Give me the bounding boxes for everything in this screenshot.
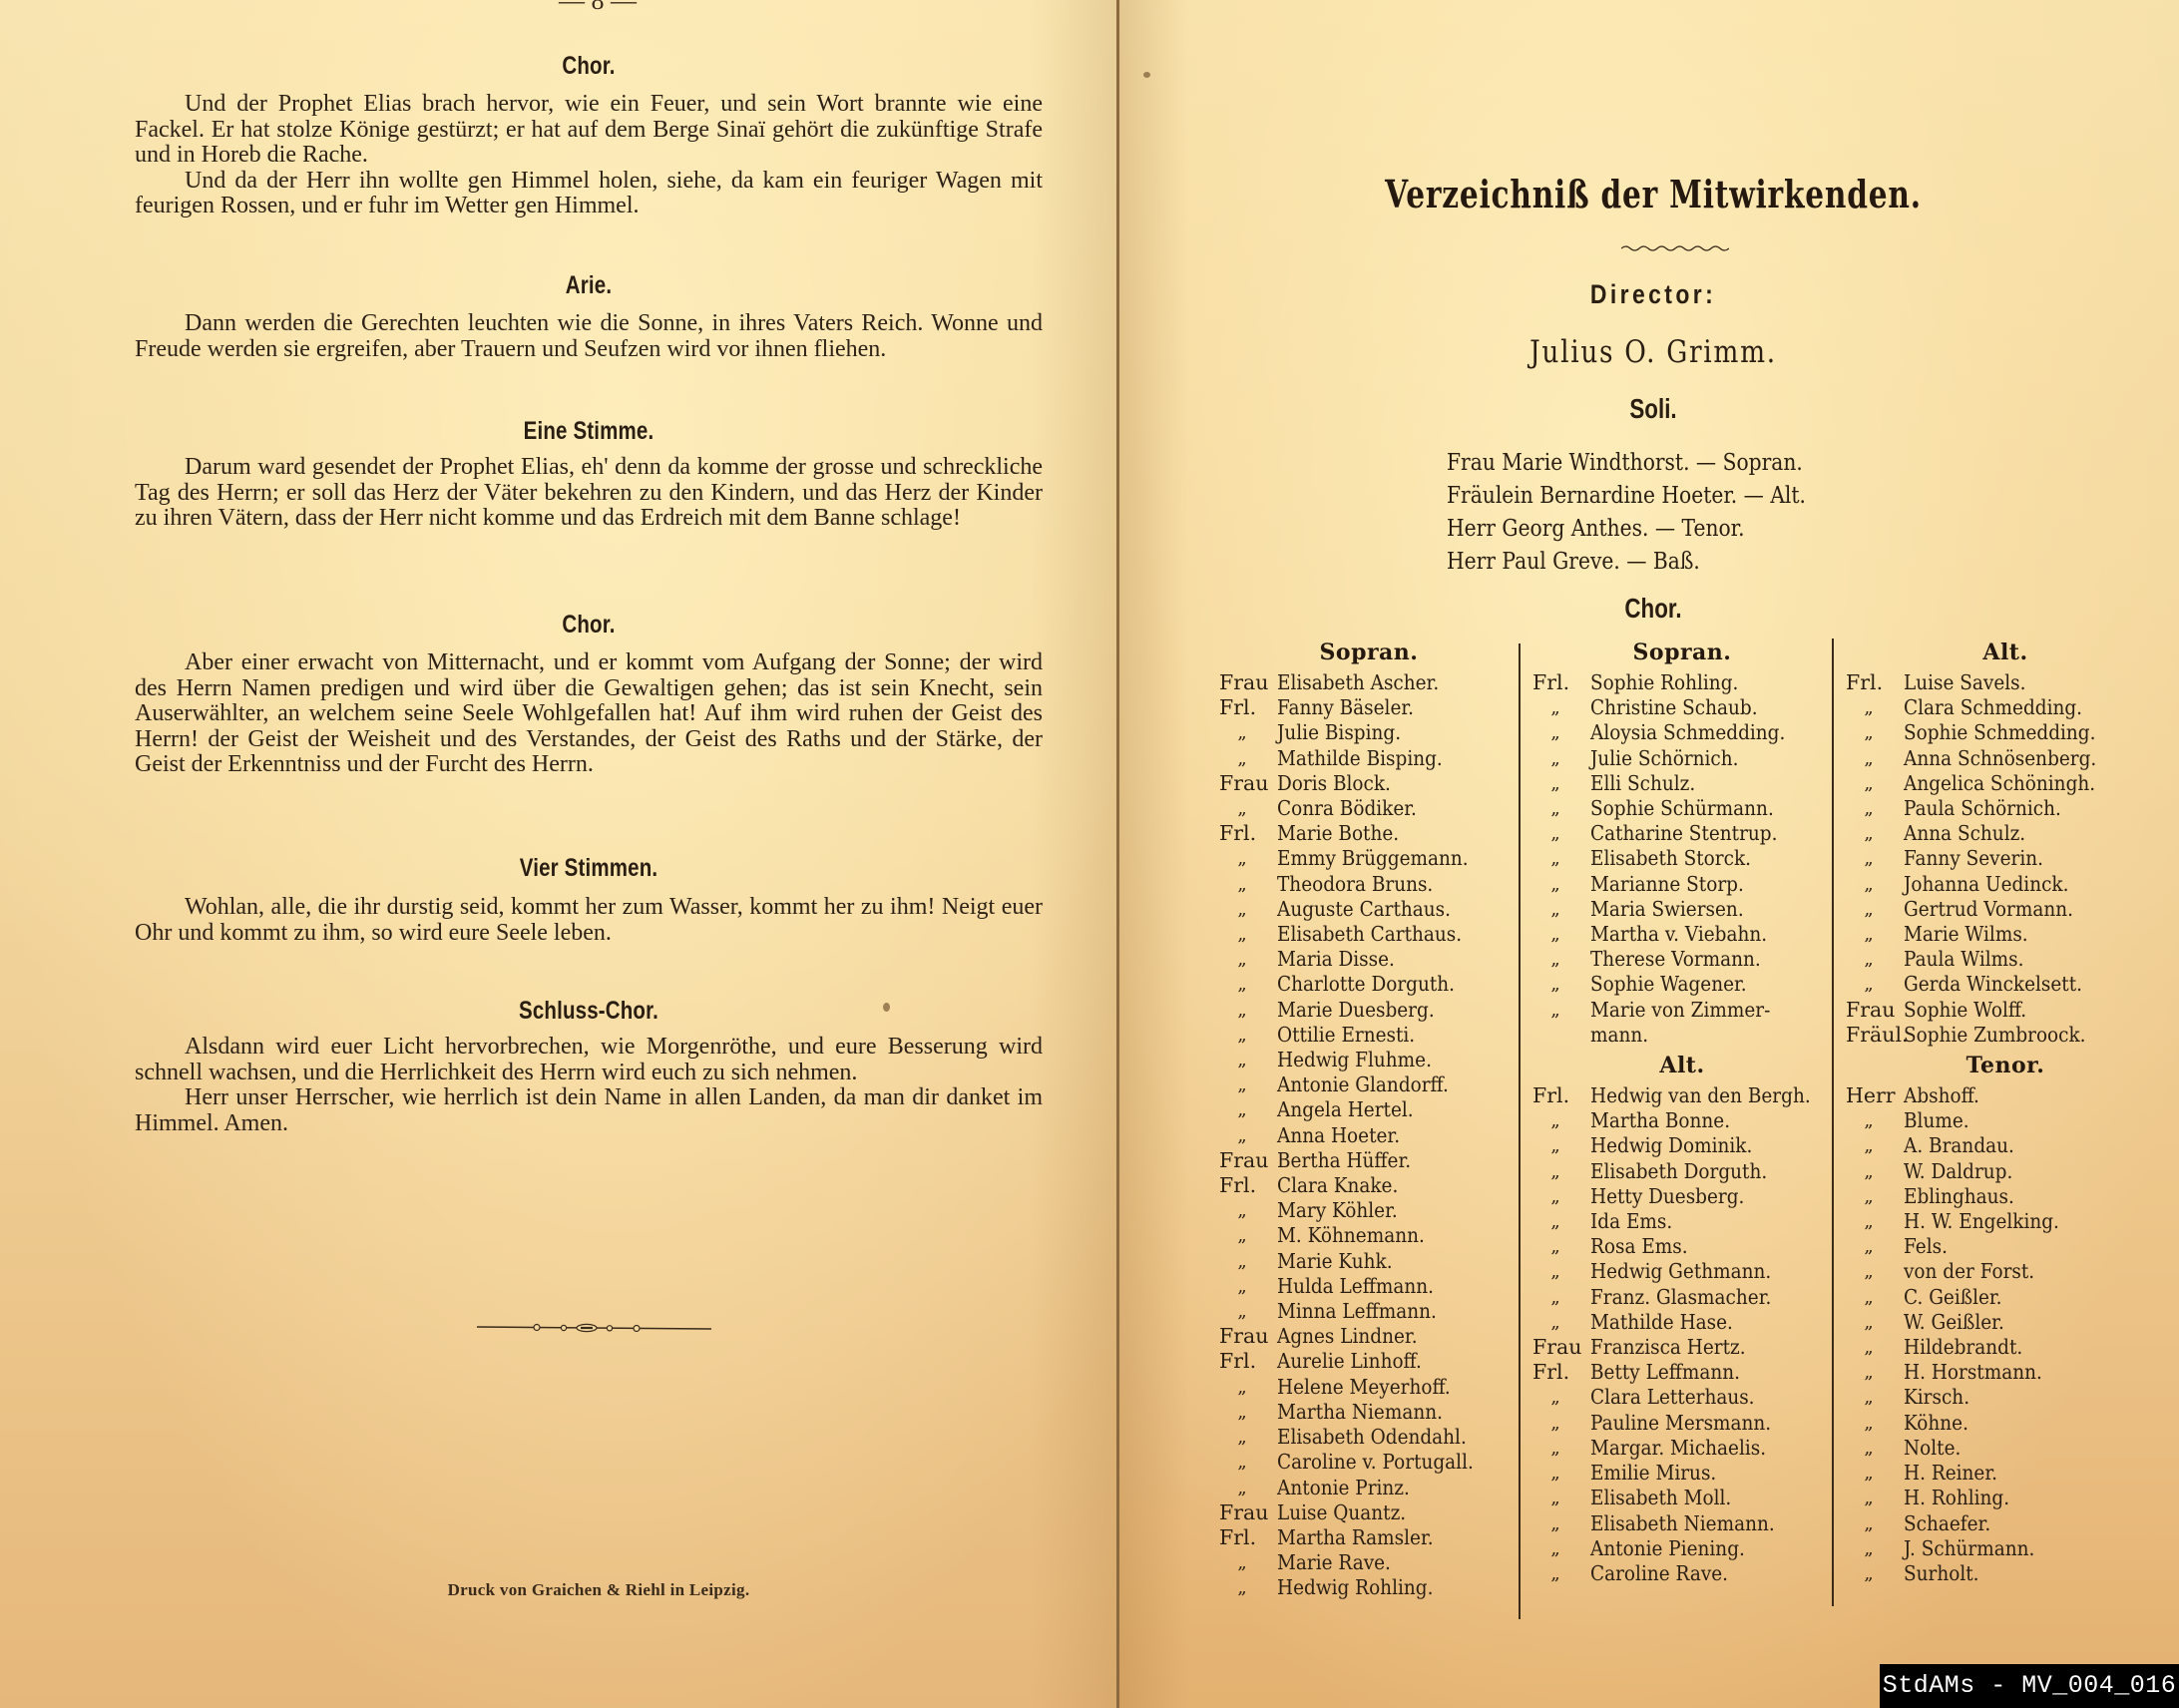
member-title: „ <box>1846 796 1904 821</box>
section-heading: Chor. <box>217 52 961 81</box>
member-row: „Elisabeth Dorguth. <box>1532 1159 1832 1184</box>
member-row: „Fanny Severin. <box>1846 846 2165 871</box>
member-name: Charlotte Dorguth. <box>1277 972 1455 997</box>
soloist: Herr Georg Anthes. — Tenor. <box>1447 513 1904 546</box>
member-name: mann. <box>1590 1023 1648 1048</box>
member-name: H. Reiner. <box>1904 1461 1997 1486</box>
member-row: „Kirsch. <box>1846 1385 2165 1410</box>
member-name: Hetty Duesberg. <box>1590 1184 1744 1209</box>
member-title: „ <box>1846 771 1904 796</box>
member-name: Emilie Mirus. <box>1590 1461 1716 1486</box>
member-row: „Hedwig Fluhme. <box>1219 1048 1519 1072</box>
wave-divider-icon <box>1621 243 1729 253</box>
paragraph: Alsdann wird euer Licht hervorbrechen, w… <box>135 1035 1043 1085</box>
member-name: Luise Quantz. <box>1277 1500 1406 1525</box>
member-row: „Sophie Schürmann. <box>1532 796 1832 821</box>
member-title: „ <box>1219 1072 1277 1097</box>
member-row: „Christine Schaub. <box>1532 695 1832 720</box>
member-row: „Martha Bonne. <box>1532 1108 1832 1133</box>
member-name: von der Forst. <box>1904 1259 2034 1284</box>
member-row: FrauSophie Wolff. <box>1846 998 2165 1023</box>
member-row: „Auguste Carthaus. <box>1219 897 1519 922</box>
member-name: Clara Letterhaus. <box>1590 1385 1755 1410</box>
member-row: „Fels. <box>1846 1234 2165 1259</box>
member-row: „Surholt. <box>1846 1561 2165 1586</box>
member-name: Johanna Uedinck. <box>1904 872 2068 897</box>
member-row: „Johanna Uedinck. <box>1846 872 2165 897</box>
member-title: „ <box>1846 1209 1904 1234</box>
member-name: Angela Hertel. <box>1277 1097 1414 1122</box>
member-name: Marie Duesberg. <box>1277 998 1435 1023</box>
member-name: Luise Savels. <box>1904 670 2026 695</box>
member-title: „ <box>1532 1159 1590 1184</box>
member-title: Frl. <box>1219 1525 1277 1550</box>
member-title: „ <box>1846 897 1904 922</box>
member-name: W. Daldrup. <box>1904 1159 2012 1184</box>
voice-group-heading: Alt. <box>1846 639 2165 666</box>
member-row: „Hildebrandt. <box>1846 1335 2165 1360</box>
member-name: Martha Bonne. <box>1590 1108 1730 1133</box>
voice-group-heading: Sopran. <box>1532 639 1832 666</box>
member-name: Paula Wilms. <box>1904 947 2024 972</box>
member-name: Marie Rave. <box>1277 1550 1391 1575</box>
member-name: Theodora Bruns. <box>1277 872 1433 897</box>
member-title: Frau <box>1532 1335 1590 1360</box>
section-text: Und der Prophet Elias brach hervor, wie … <box>135 92 1043 219</box>
member-title: „ <box>1532 771 1590 796</box>
member-row: „Emilie Mirus. <box>1532 1461 1832 1486</box>
archive-label: StdAMs - MV_004_016 <box>1880 1664 2179 1708</box>
member-row: „Elisabeth Storck. <box>1532 846 1832 871</box>
member-title: Frau <box>1219 670 1277 695</box>
member-title: „ <box>1532 1461 1590 1486</box>
member-title: „ <box>1846 1461 1904 1486</box>
member-title: Frau <box>1846 998 1904 1023</box>
member-title: „ <box>1219 872 1277 897</box>
member-name: Sophie Schürmann. <box>1590 796 1774 821</box>
member-row: „Paula Schörnich. <box>1846 796 2165 821</box>
member-row: „Caroline v. Portugall. <box>1219 1450 1519 1475</box>
member-name: Sophie Wolff. <box>1904 998 2026 1023</box>
member-row: „Marie Duesberg. <box>1219 998 1519 1023</box>
member-title: „ <box>1219 1023 1277 1048</box>
member-name: Marie von Zimmer- <box>1590 998 1770 1023</box>
member-title: „ <box>1532 1536 1590 1561</box>
member-name: Clara Knake. <box>1277 1173 1398 1198</box>
member-title: „ <box>1219 998 1277 1023</box>
paragraph: Und der Prophet Elias brach hervor, wie … <box>135 92 1043 169</box>
section-heading: Eine Stimme. <box>217 417 961 446</box>
member-row: „Marie Rave. <box>1219 1550 1519 1575</box>
member-title: „ <box>1219 1400 1277 1425</box>
member-title: „ <box>1219 1123 1277 1148</box>
member-title: Frl. <box>1219 821 1277 846</box>
member-name: Doris Block. <box>1277 771 1391 796</box>
member-name: Marie Kuhk. <box>1277 1249 1393 1274</box>
member-name: H. Horstmann. <box>1904 1360 2042 1385</box>
member-row: „Elisabeth Moll. <box>1532 1486 1832 1510</box>
member-name: Hulda Leffmann. <box>1277 1274 1434 1299</box>
member-name: Anna Schnösenberg. <box>1904 746 2096 771</box>
member-name: Fels. <box>1904 1234 1948 1259</box>
member-row: „Schaefer. <box>1846 1511 2165 1536</box>
member-row: Frl.Sophie Rohling. <box>1532 670 1832 695</box>
member-name: Hedwig Dominik. <box>1590 1133 1752 1158</box>
member-name: Caroline Rave. <box>1590 1561 1728 1586</box>
member-row: „Martha v. Viebahn. <box>1532 922 1832 947</box>
member-row: „Elli Schulz. <box>1532 771 1832 796</box>
member-row: „Ottilie Ernesti. <box>1219 1023 1519 1048</box>
paragraph: Herr unser Herrscher, wie herrlich ist d… <box>135 1085 1043 1136</box>
member-title: Frl. <box>1219 1349 1277 1374</box>
member-row: „Elisabeth Niemann. <box>1532 1511 1832 1536</box>
member-name: Paula Schörnich. <box>1904 796 2061 821</box>
member-title: „ <box>1846 1133 1904 1158</box>
member-row: „Anna Schnösenberg. <box>1846 746 2165 771</box>
member-name: Catharine Stentrup. <box>1590 821 1777 846</box>
member-name: Bertha Hüffer. <box>1277 1148 1411 1173</box>
member-name: Martha Ramsler. <box>1277 1525 1434 1550</box>
member-title: „ <box>1532 1108 1590 1133</box>
member-row: Frl.Betty Leffmann. <box>1532 1360 1832 1385</box>
member-title: „ <box>1846 1360 1904 1385</box>
member-name: Martha v. Viebahn. <box>1590 922 1767 947</box>
member-row: Frl.Marie Bothe. <box>1219 821 1519 846</box>
member-title: „ <box>1846 1285 1904 1310</box>
member-name: Marie Wilms. <box>1904 922 2028 947</box>
section-heading: Arie. <box>217 271 961 300</box>
member-row: HerrAbshoff. <box>1846 1083 2165 1108</box>
member-title: „ <box>1846 1184 1904 1209</box>
member-name: Pauline Mersmann. <box>1590 1411 1771 1436</box>
member-title: „ <box>1532 1486 1590 1510</box>
section-text: Alsdann wird euer Licht hervorbrechen, w… <box>135 1035 1043 1136</box>
member-name: Blume. <box>1904 1108 1969 1133</box>
member-name: Franz. Glasmacher. <box>1590 1285 1771 1310</box>
member-name: Clara Schmedding. <box>1904 695 2082 720</box>
member-name: A. Brandau. <box>1904 1133 2014 1158</box>
member-name: Sophie Schmedding. <box>1904 720 2095 745</box>
member-name: Auguste Carthaus. <box>1277 897 1451 922</box>
member-name: Mary Köhler. <box>1277 1198 1398 1223</box>
left-page: — 8 — Chor. Und der Prophet Elias brach … <box>0 0 1119 1708</box>
member-title: „ <box>1219 1299 1277 1324</box>
director-name: Julius O. Grimm. <box>1206 334 2100 370</box>
member-title: „ <box>1846 1234 1904 1259</box>
section-heading: Vier Stimmen. <box>217 854 961 883</box>
member-title: „ <box>1846 972 1904 997</box>
voice-group-heading: Alt. <box>1532 1052 1832 1079</box>
member-title: „ <box>1532 1259 1590 1284</box>
member-title: „ <box>1219 846 1277 871</box>
member-name: Agnes Lindner. <box>1277 1324 1418 1349</box>
member-row: „Antonie Prinz. <box>1219 1476 1519 1500</box>
member-title: „ <box>1846 1511 1904 1536</box>
soloist: Frau Marie Windthorst. — Sopran. <box>1447 447 1904 480</box>
member-row: „Caroline Rave. <box>1532 1561 1832 1586</box>
member-title: „ <box>1219 720 1277 745</box>
member-title: „ <box>1532 1209 1590 1234</box>
member-name: Sophie Rohling. <box>1590 670 1738 695</box>
member-title: „ <box>1846 947 1904 972</box>
member-row: „Pauline Mersmann. <box>1532 1411 1832 1436</box>
member-title: „ <box>1219 796 1277 821</box>
member-row: „Nolte. <box>1846 1436 2165 1461</box>
member-row: „Julie Schörnich. <box>1532 746 1832 771</box>
member-name: Abshoff. <box>1904 1083 1979 1108</box>
member-name: Caroline v. Portugall. <box>1277 1450 1474 1475</box>
member-title: „ <box>1532 796 1590 821</box>
member-name: Antonie Glandorff. <box>1277 1072 1449 1097</box>
member-name: H. Rohling. <box>1904 1486 2009 1510</box>
member-name: Elisabeth Ascher. <box>1277 670 1439 695</box>
member-row: „H. W. Engelking. <box>1846 1209 2165 1234</box>
voice-group-heading: Tenor. <box>1846 1052 2165 1079</box>
member-title: „ <box>1532 821 1590 846</box>
member-title: „ <box>1846 1259 1904 1284</box>
member-title: „ <box>1532 1385 1590 1410</box>
page-title: Verzeichniß der Mitwirkenden. <box>1243 172 2063 216</box>
section-text: Darum ward gesendet der Prophet Elias, e… <box>135 455 1043 532</box>
member-row: „Therese Vormann. <box>1532 947 1832 972</box>
member-name: Gertrud Vormann. <box>1904 897 2073 922</box>
paragraph: Aber einer erwacht von Mitternacht, und … <box>135 650 1043 778</box>
member-title: „ <box>1219 1375 1277 1400</box>
member-row: „Hetty Duesberg. <box>1532 1184 1832 1209</box>
member-name: Elli Schulz. <box>1590 771 1695 796</box>
paragraph: Dann werden die Gerechten leuchten wie d… <box>135 311 1043 362</box>
paragraph: Wohlan, alle, die ihr durstig seid, komm… <box>135 895 1043 946</box>
section-text: Dann werden die Gerechten leuchten wie d… <box>135 311 1043 362</box>
member-name: Köhne. <box>1904 1411 1968 1436</box>
member-row: „Marie Wilms. <box>1846 922 2165 947</box>
member-title: „ <box>1846 1561 1904 1586</box>
member-title <box>1532 1023 1590 1048</box>
member-name: Anna Hoeter. <box>1277 1123 1400 1148</box>
member-name: Therese Vormann. <box>1590 947 1761 972</box>
member-title: „ <box>1532 1133 1590 1158</box>
paper-speck <box>1143 72 1150 78</box>
member-row: „Margar. Michaelis. <box>1532 1436 1832 1461</box>
member-row: „H. Horstmann. <box>1846 1360 2165 1385</box>
member-title: „ <box>1219 922 1277 947</box>
member-row: „W. Geißler. <box>1846 1310 2165 1335</box>
member-name: Surholt. <box>1904 1561 1979 1586</box>
paper-speck <box>883 1003 890 1012</box>
member-name: Ottilie Ernesti. <box>1277 1023 1415 1048</box>
member-title: „ <box>1532 1411 1590 1436</box>
paragraph: Darum ward gesendet der Prophet Elias, e… <box>135 455 1043 532</box>
member-row: Frl.Clara Knake. <box>1219 1173 1519 1198</box>
member-name: Ida Ems. <box>1590 1209 1672 1234</box>
member-row: Frl.Fanny Bäseler. <box>1219 695 1519 720</box>
member-title: „ <box>1219 972 1277 997</box>
member-name: Betty Leffmann. <box>1590 1360 1740 1385</box>
member-title: „ <box>1219 1048 1277 1072</box>
member-title: „ <box>1532 1511 1590 1536</box>
member-name: Elisabeth Carthaus. <box>1277 922 1462 947</box>
member-row: „von der Forst. <box>1846 1259 2165 1284</box>
voice-group-heading: Sopran. <box>1219 639 1519 666</box>
soloist: Herr Paul Greve. — Baß. <box>1447 546 1904 579</box>
member-name: Julie Schörnich. <box>1590 746 1739 771</box>
member-row: „Hulda Leffmann. <box>1219 1274 1519 1299</box>
column-divider <box>1519 643 1521 1619</box>
member-title: „ <box>1532 1184 1590 1209</box>
member-title: „ <box>1846 1335 1904 1360</box>
member-row: FrauAgnes Lindner. <box>1219 1324 1519 1349</box>
member-name: Elisabeth Dorguth. <box>1590 1159 1767 1184</box>
member-row: „Antonie Glandorff. <box>1219 1072 1519 1097</box>
member-name: Hedwig Gethmann. <box>1590 1259 1771 1284</box>
member-name: Anna Schulz. <box>1904 821 2025 846</box>
member-title: „ <box>1219 1476 1277 1500</box>
member-title: „ <box>1532 1310 1590 1335</box>
member-title: Frau <box>1219 1500 1277 1525</box>
section-text: Aber einer erwacht von Mitternacht, und … <box>135 650 1043 778</box>
member-name: Mathilde Hase. <box>1590 1310 1733 1335</box>
member-name: Elisabeth Storck. <box>1590 846 1751 871</box>
member-title: „ <box>1219 1249 1277 1274</box>
member-row: „Anna Schulz. <box>1846 821 2165 846</box>
member-row: „Franz. Glasmacher. <box>1532 1285 1832 1310</box>
member-row: „Gertrud Vormann. <box>1846 897 2165 922</box>
member-name: J. Schürmann. <box>1904 1536 2034 1561</box>
member-title: Herr <box>1846 1083 1904 1108</box>
member-title: „ <box>1532 947 1590 972</box>
member-row: „Paula Wilms. <box>1846 947 2165 972</box>
member-title: „ <box>1846 720 1904 745</box>
member-row: „A. Brandau. <box>1846 1133 2165 1158</box>
member-title: „ <box>1219 897 1277 922</box>
member-name: Antonie Piening. <box>1590 1536 1745 1561</box>
member-title: Frau <box>1219 1324 1277 1349</box>
member-name: W. Geißler. <box>1904 1310 2004 1335</box>
member-name: Fanny Severin. <box>1904 846 2043 871</box>
member-row: „Martha Niemann. <box>1219 1400 1519 1425</box>
member-row: FrauFranzisca Hertz. <box>1532 1335 1832 1360</box>
member-row: „H. Reiner. <box>1846 1461 2165 1486</box>
member-row: „Clara Schmedding. <box>1846 695 2165 720</box>
member-row: FrauElisabeth Ascher. <box>1219 670 1519 695</box>
member-title: „ <box>1219 1274 1277 1299</box>
member-row: „Elisabeth Odendahl. <box>1219 1425 1519 1450</box>
member-row: FrauDoris Block. <box>1219 771 1519 796</box>
member-row: „Eblinghaus. <box>1846 1184 2165 1209</box>
director-label: Director: <box>1206 279 2100 310</box>
member-title: „ <box>1846 1159 1904 1184</box>
page-number: — 8 — <box>559 0 637 16</box>
member-name: Hedwig van den Bergh. <box>1590 1083 1811 1108</box>
paragraph: Und da der Herr ihn wollte gen Himmel ho… <box>135 169 1043 219</box>
member-title: Fräul. <box>1846 1023 1904 1048</box>
member-title: „ <box>1846 872 1904 897</box>
member-row: „Maria Swiersen. <box>1532 897 1832 922</box>
member-row: „Helene Meyerhoff. <box>1219 1375 1519 1400</box>
member-row: „Mary Köhler. <box>1219 1198 1519 1223</box>
member-title: Frau <box>1219 1148 1277 1173</box>
member-row: „Catharine Stentrup. <box>1532 821 1832 846</box>
member-title: Frl. <box>1219 695 1277 720</box>
member-row: „Minna Leffmann. <box>1219 1299 1519 1324</box>
member-row: FrauLuise Quantz. <box>1219 1500 1519 1525</box>
member-name: Minna Leffmann. <box>1277 1299 1437 1324</box>
member-name: Sophie Wagener. <box>1590 972 1747 997</box>
member-row: „Mathilde Hase. <box>1532 1310 1832 1335</box>
member-title: „ <box>1846 1411 1904 1436</box>
chor-column-sopran-2-alt: Sopran.Frl.Sophie Rohling.„Christine Sch… <box>1532 639 1832 1586</box>
member-title: „ <box>1219 947 1277 972</box>
member-row: „Julie Bisping. <box>1219 720 1519 745</box>
member-row: „Marianne Storp. <box>1532 872 1832 897</box>
member-row: „C. Geißler. <box>1846 1285 2165 1310</box>
member-title: „ <box>1219 1450 1277 1475</box>
member-name: Hedwig Rohling. <box>1277 1575 1433 1600</box>
member-name: Eblinghaus. <box>1904 1184 2014 1209</box>
member-row: „Marie Kuhk. <box>1219 1249 1519 1274</box>
member-name: Helene Meyerhoff. <box>1277 1375 1451 1400</box>
member-name: Angelica Schöningh. <box>1904 771 2095 796</box>
member-row: „Ida Ems. <box>1532 1209 1832 1234</box>
member-row: „Sophie Wagener. <box>1532 972 1832 997</box>
member-title: Frl. <box>1532 1360 1590 1385</box>
member-row: Frl.Hedwig van den Bergh. <box>1532 1083 1832 1108</box>
member-row: „Blume. <box>1846 1108 2165 1133</box>
member-row: „Köhne. <box>1846 1411 2165 1436</box>
member-row: „Emmy Brüggemann. <box>1219 846 1519 871</box>
member-row: „H. Rohling. <box>1846 1486 2165 1510</box>
member-name: Gerda Winckelsett. <box>1904 972 2082 997</box>
section-heading: Chor. <box>217 611 961 640</box>
member-name: Aloysia Schmedding. <box>1590 720 1785 745</box>
member-title: „ <box>1219 1550 1277 1575</box>
member-name: M. Köhnemann. <box>1277 1223 1425 1248</box>
soloist: Fräulein Bernardine Hoeter. — Alt. <box>1447 480 1904 513</box>
chor-heading: Chor. <box>1232 593 2073 625</box>
member-title: „ <box>1846 1486 1904 1510</box>
member-title: „ <box>1846 1436 1904 1461</box>
member-name: Aurelie Linhoff. <box>1277 1349 1422 1374</box>
member-title: „ <box>1532 872 1590 897</box>
member-title: Frl. <box>1532 670 1590 695</box>
member-row: „Angelica Schöningh. <box>1846 771 2165 796</box>
member-title: Frl. <box>1846 670 1904 695</box>
section-text: Wohlan, alle, die ihr durstig seid, komm… <box>135 895 1043 946</box>
soli-list: Frau Marie Windthorst. — Sopran. Fräulei… <box>1447 447 1965 579</box>
member-row: „Hedwig Gethmann. <box>1532 1259 1832 1284</box>
member-name: Rosa Ems. <box>1590 1234 1688 1259</box>
member-name: Schaefer. <box>1904 1511 1990 1536</box>
member-title: „ <box>1219 746 1277 771</box>
member-row: „Antonie Piening. <box>1532 1536 1832 1561</box>
ornament-divider-icon <box>477 1320 711 1336</box>
member-name: Fanny Bäseler. <box>1277 695 1414 720</box>
member-title: „ <box>1532 846 1590 871</box>
member-row: „Maria Disse. <box>1219 947 1519 972</box>
member-row: „Angela Hertel. <box>1219 1097 1519 1122</box>
member-row: Frl.Luise Savels. <box>1846 670 2165 695</box>
member-title: „ <box>1846 1385 1904 1410</box>
member-row: „Hedwig Dominik. <box>1532 1133 1832 1158</box>
column-divider <box>1832 639 1834 1606</box>
member-name: Marie Bothe. <box>1277 821 1399 846</box>
member-name: Antonie Prinz. <box>1277 1476 1410 1500</box>
member-row: „J. Schürmann. <box>1846 1536 2165 1561</box>
member-title: „ <box>1219 1575 1277 1600</box>
member-title: Frau <box>1219 771 1277 796</box>
member-title: „ <box>1532 1436 1590 1461</box>
member-row: mann. <box>1532 1023 1832 1048</box>
